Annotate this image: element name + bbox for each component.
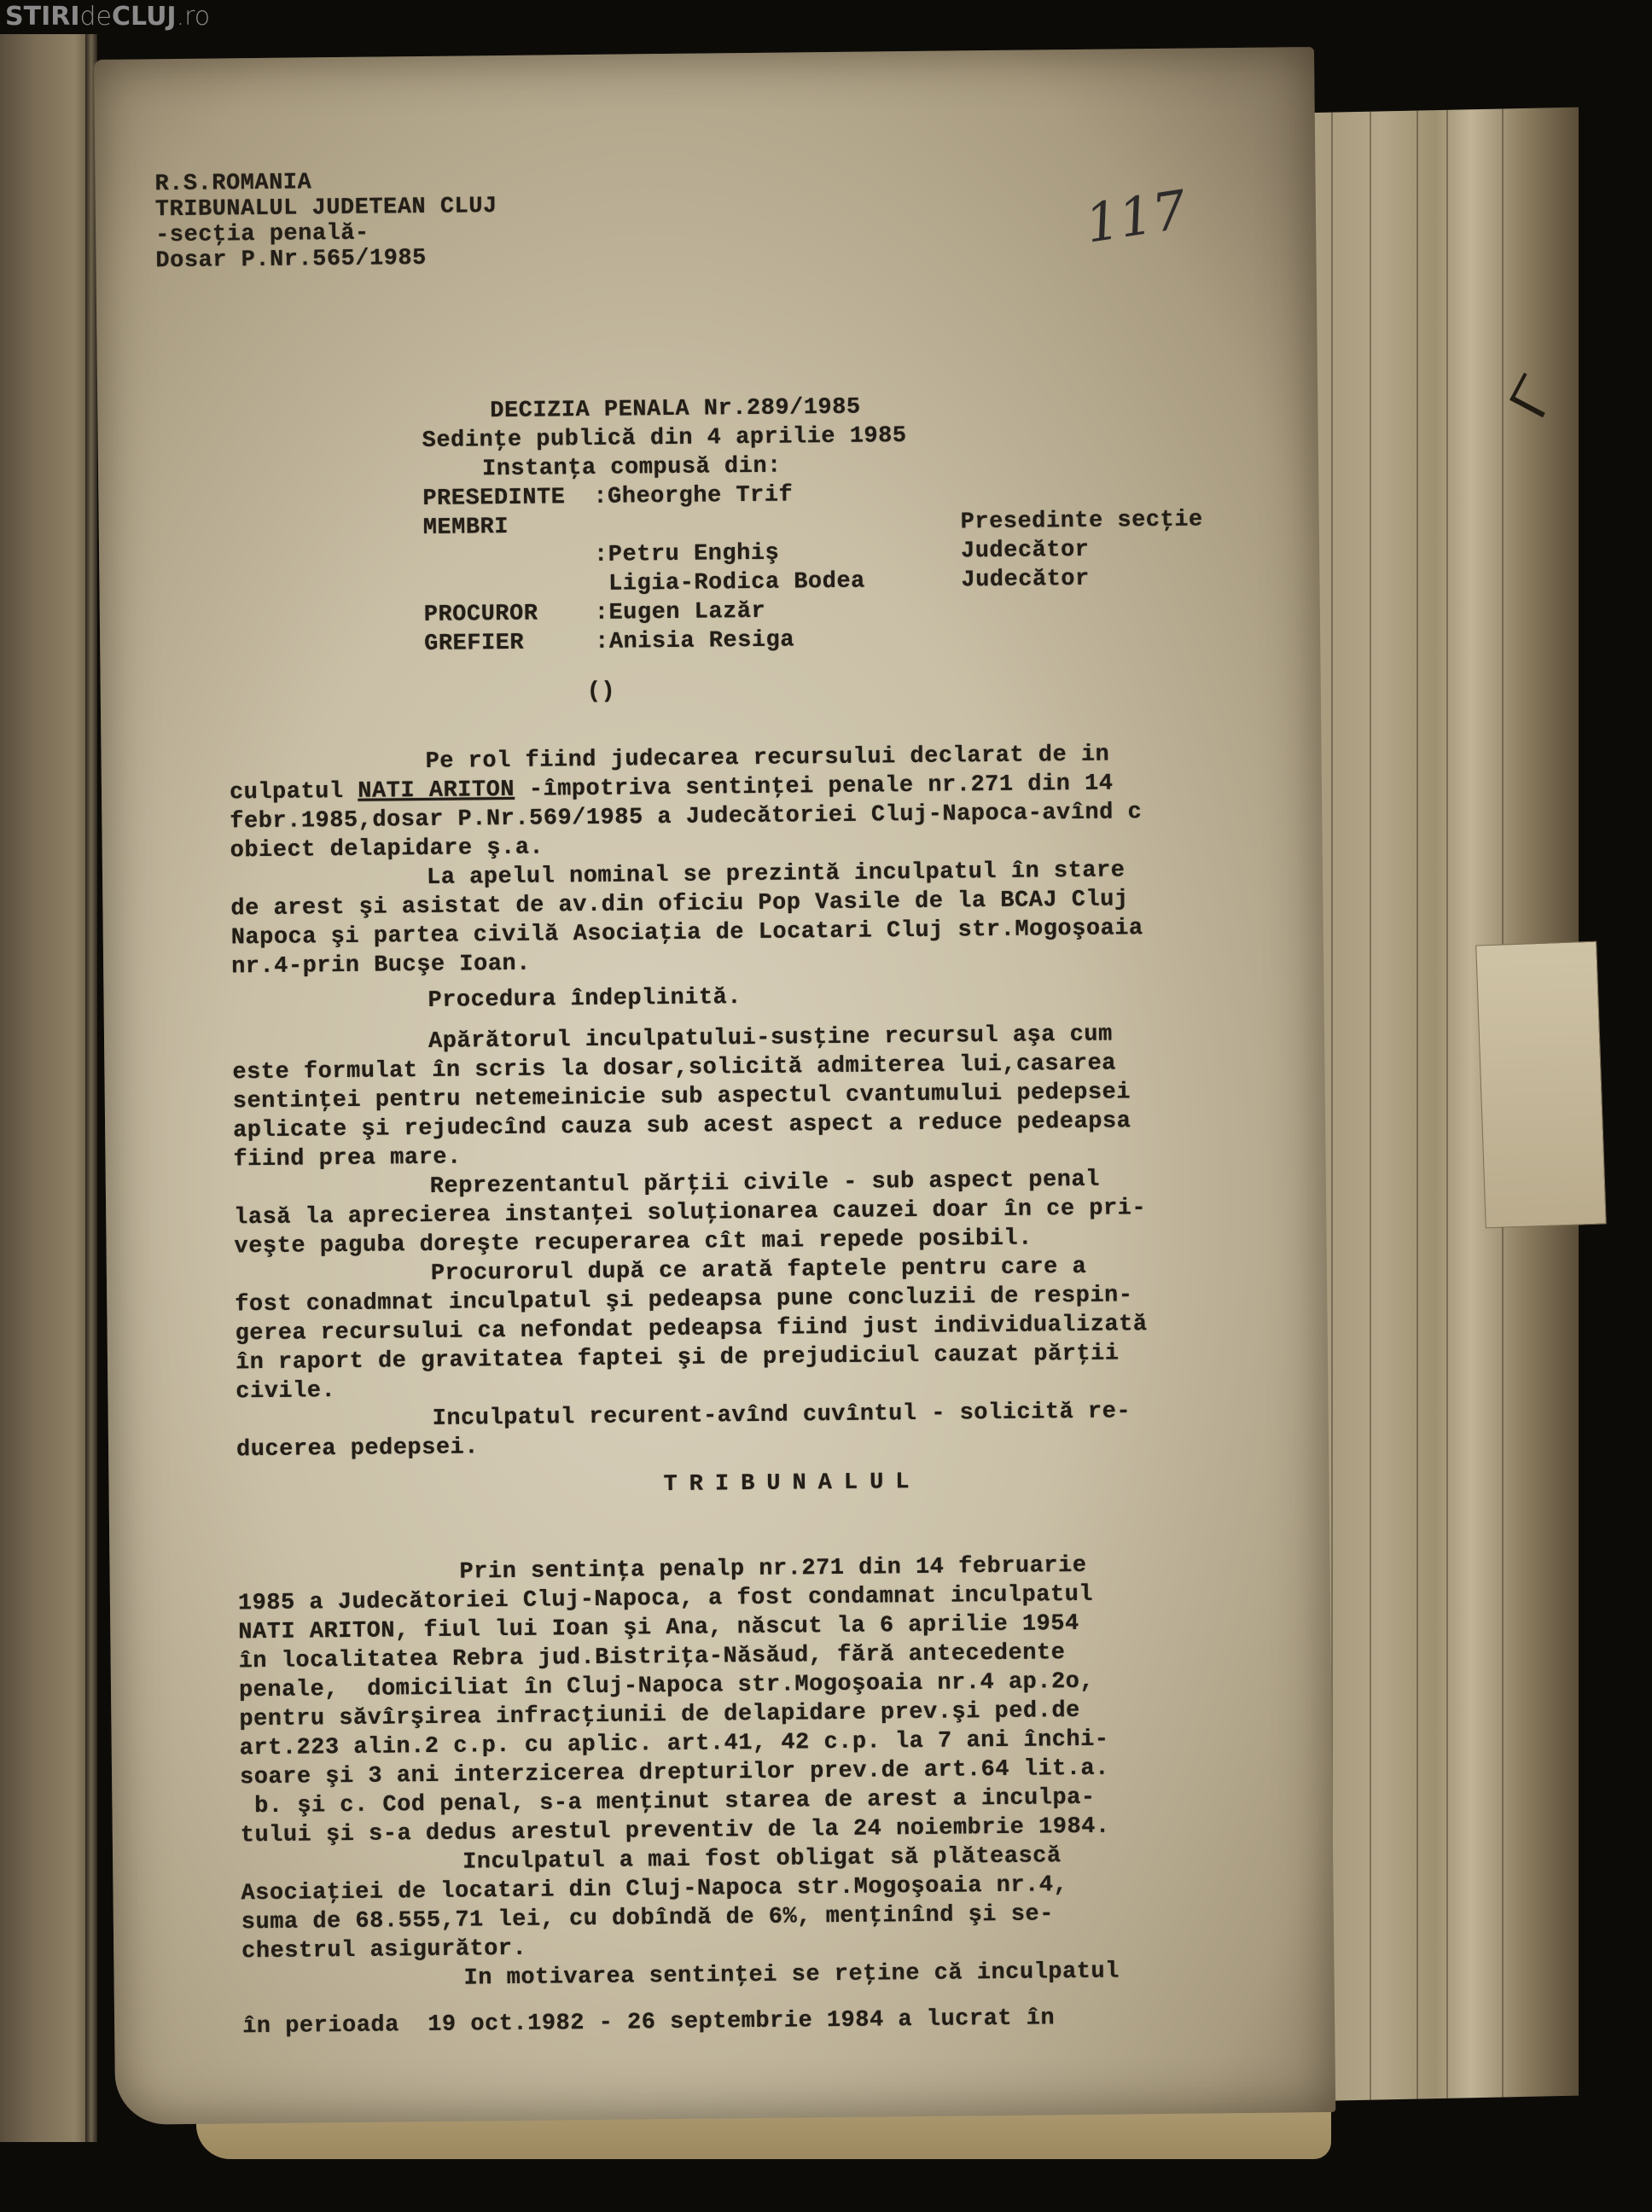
panel-role: GREFIER	[424, 629, 524, 659]
paragraph-line: fiind prea mare.	[233, 1144, 462, 1175]
paragraph-line: Inculpatul recurent-avînd cuvîntul - sol…	[433, 1397, 1131, 1434]
header-file-number: Dosar P.Nr.565/1985	[155, 244, 427, 276]
panel-role: PRESEDINTE	[422, 483, 565, 514]
panel-role: PROCUROR	[424, 600, 538, 630]
panel-role: MEMBRI	[423, 513, 509, 543]
decision-session: Sedinţe publică din 4 aprilie 1985	[422, 422, 907, 456]
document-page: R.S.ROMANIA TRIBUNALUL JUDETEAN CLUJ -se…	[94, 47, 1335, 2125]
panel-name: :Petru Enghiş	[594, 539, 779, 570]
panel-name: :Anisia Resiga	[595, 626, 794, 656]
left-page	[0, 34, 94, 2142]
paragraph-line: ducerea pedepsei.	[236, 1433, 479, 1464]
paragraph-line: In motivarea sentinţei se reţine că incu…	[463, 1958, 1120, 1994]
court-heading: TRIBUNALUL	[663, 1468, 921, 1499]
panel-function: Judecător	[961, 565, 1090, 596]
paragraph-line: nr.4-prin Bucşe Ioan.	[231, 950, 531, 982]
book-spine	[85, 34, 97, 2142]
defendant-name: NATI ARITON	[358, 777, 515, 805]
paragraph-line: obiect delapidare ş.a.	[230, 834, 544, 866]
panel-function: Judecător	[961, 536, 1090, 567]
paragraph-line: chestrul asigurător.	[241, 1935, 526, 1966]
panel-name: :Gheorghe Trif	[593, 480, 793, 511]
paragraph-line: Procedura îndeplinită.	[428, 983, 742, 1016]
folded-page-tab	[1475, 941, 1607, 1229]
decision-title: DECIZIA PENALA Nr.289/1985	[490, 393, 861, 427]
panel-function: Presedinte secţie	[961, 505, 1203, 537]
handwritten-page-number: 117	[1081, 178, 1190, 255]
parentheses-mark: ()	[587, 678, 616, 707]
panel-name: Ligia-Rodica Bodea	[594, 568, 865, 599]
decision-composition: Instanţa compusă din:	[482, 452, 782, 485]
watermark-logo: STIRIdeCLUJ.ro	[5, 2, 210, 32]
paragraph-line: în perioada 19 oct.1982 - 26 septembrie …	[242, 2004, 1055, 2041]
panel-name: :Eugen Lazăr	[595, 597, 766, 628]
paragraph-line: civile.	[236, 1377, 335, 1406]
